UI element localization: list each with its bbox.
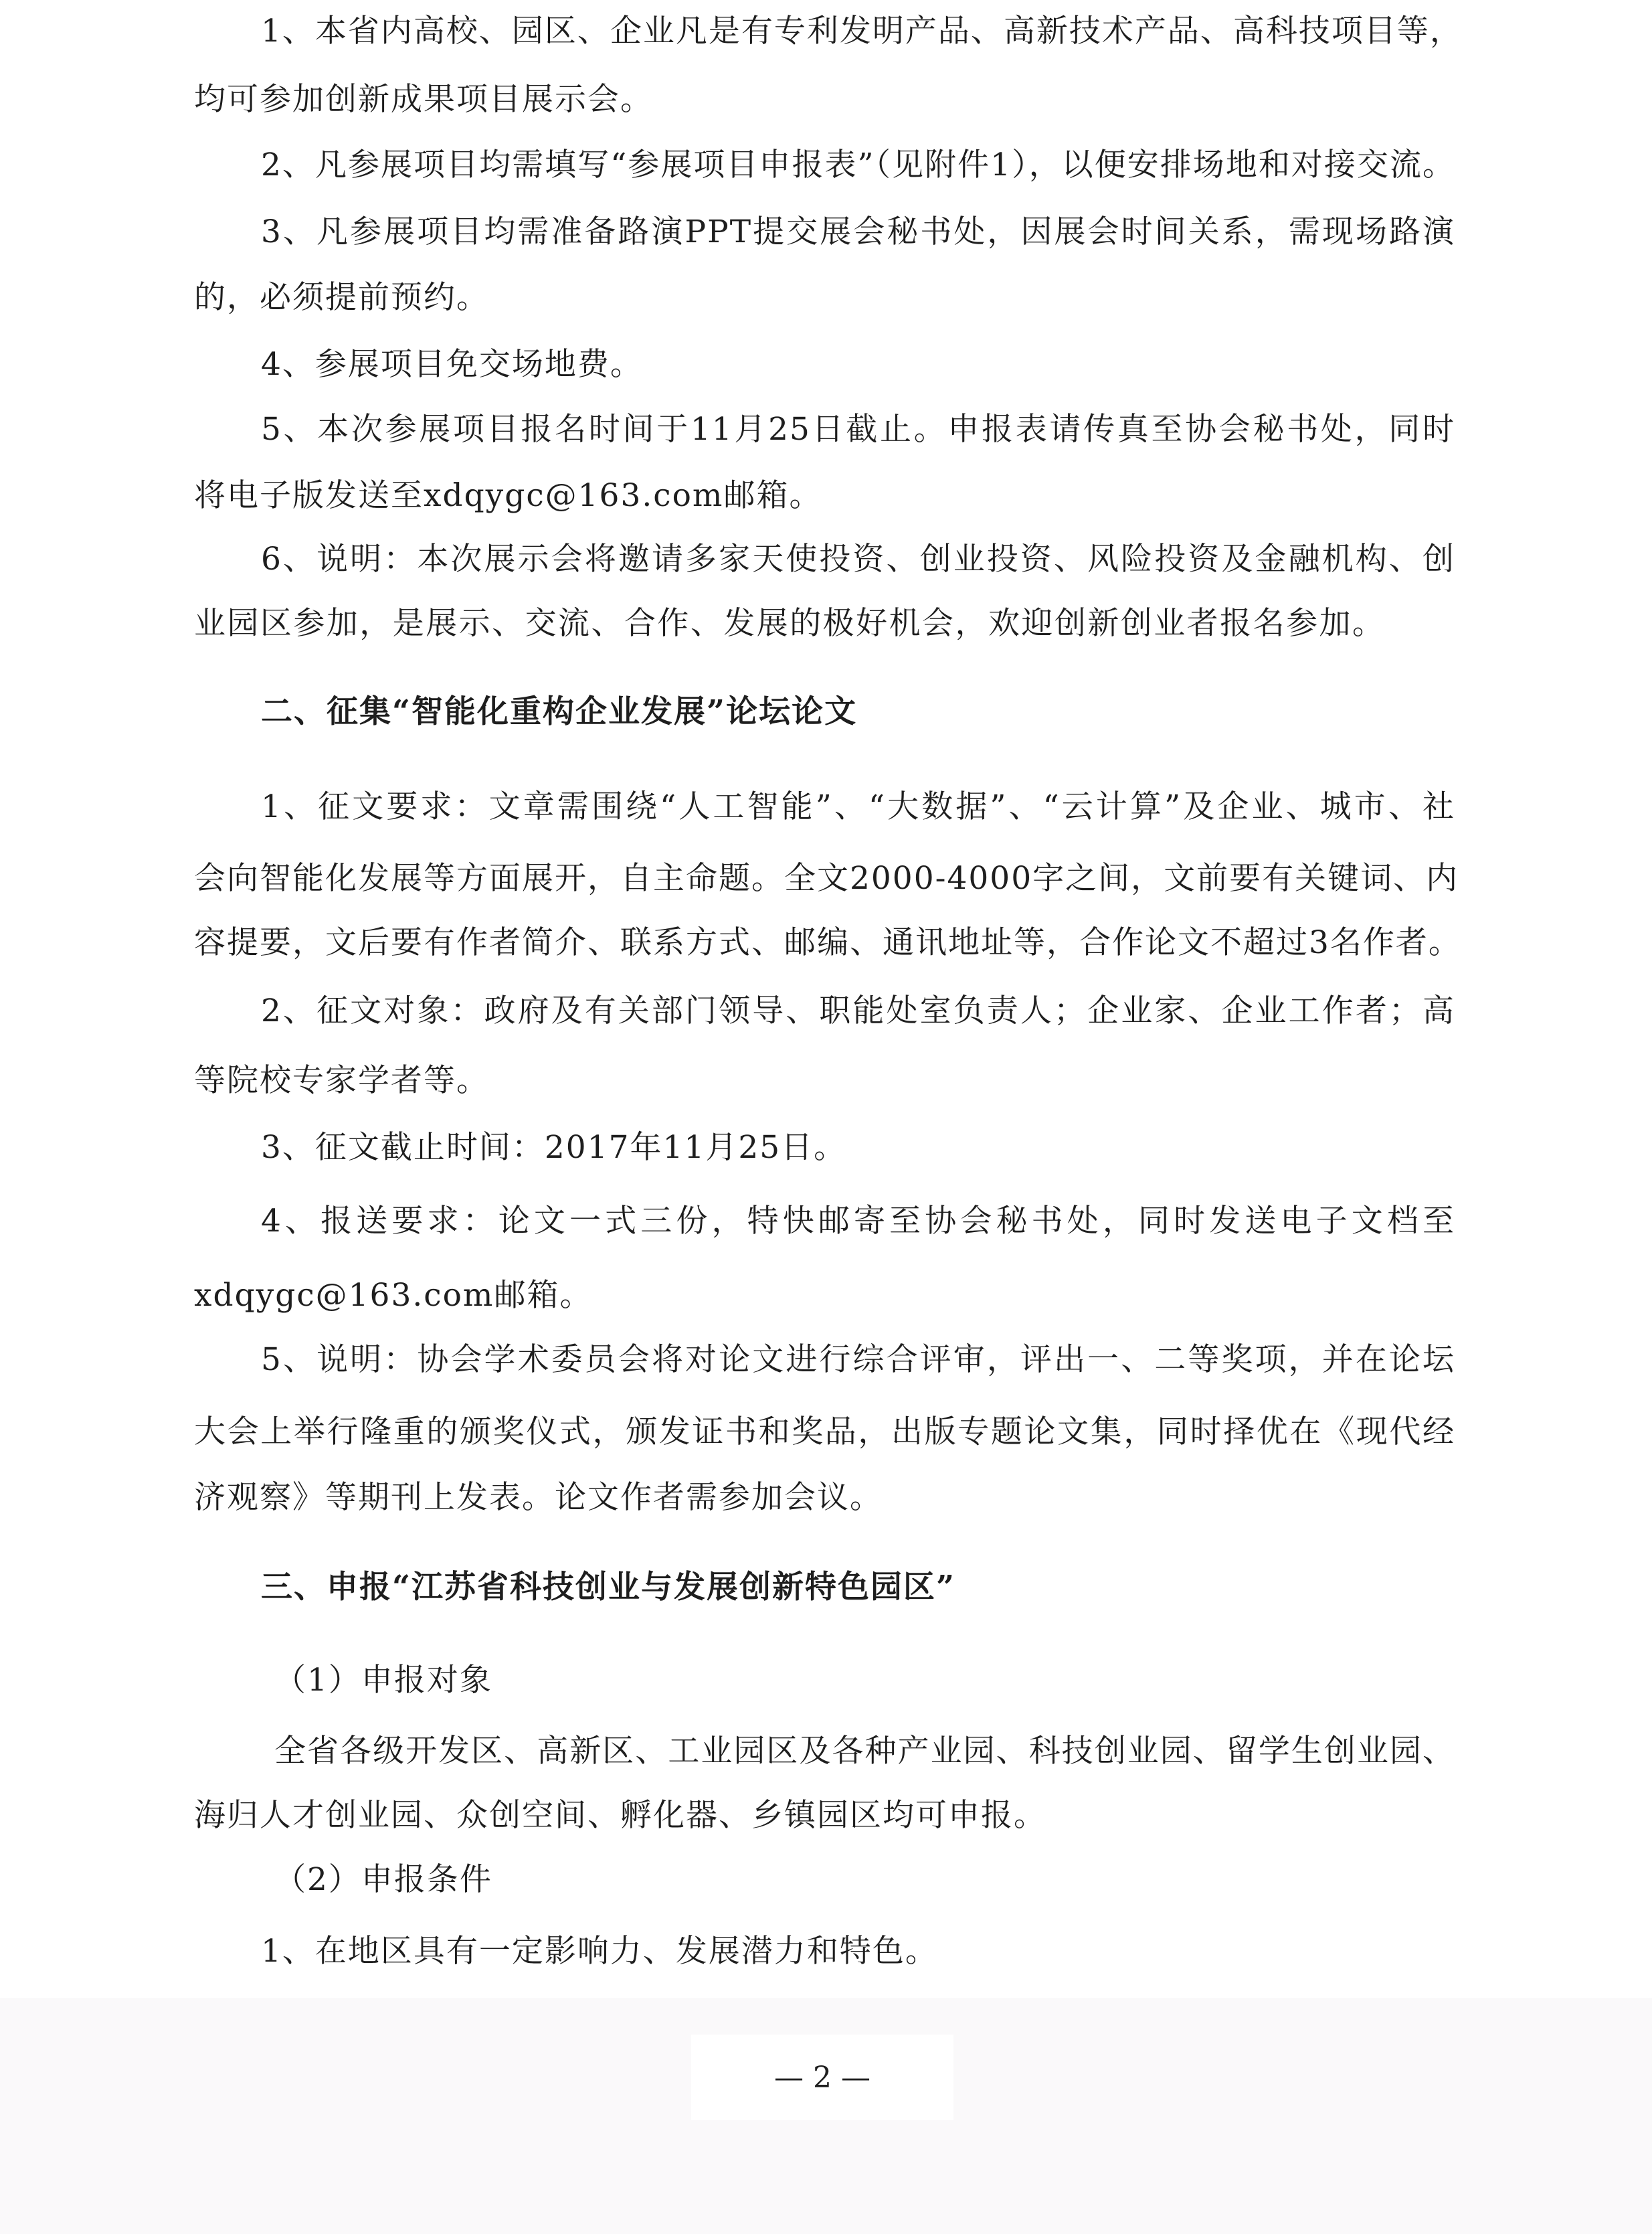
paragraph-line: 容提要，文后要有作者简介、联系方式、邮编、通讯地址等，合作论文不超过3名作者。 — [194, 923, 1455, 963]
page-number: — 2 — — [774, 2061, 870, 2095]
subsection-heading: （2）申报条件 — [274, 1860, 492, 1900]
document-page: 1、本省内高校、园区、企业凡是有专利发明产品、高新技术产品、高科技项目等， 均可… — [0, 0, 1652, 1998]
paragraph-line: 3、征文截止时间：2017年11月25日。 — [261, 1128, 846, 1168]
paragraph-line: xdqygc@163.com邮箱。 — [194, 1276, 592, 1316]
paragraph-line: 等院校专家学者等。 — [194, 1061, 489, 1101]
paragraph-line: 1、在地区具有一定影响力、发展潜力和特色。 — [261, 1931, 938, 1972]
paragraph-line: 将电子版发送至xdqygc@163.com邮箱。 — [194, 476, 822, 516]
paragraph-line: 5、说明：协会学术委员会将对论文进行综合评审，评出一、二等奖项，并在论坛 — [261, 1340, 1455, 1380]
paragraph-line: 业园区参加，是展示、交流、合作、发展的极好机会，欢迎创新创业者报名参加。 — [194, 604, 1385, 644]
paragraph-line: 3、凡参展项目均需准备路演PPT提交展会秘书处，因展会时间关系，需现场路演 — [261, 212, 1455, 252]
paragraph-line: 1、征文要求：文章需围绕“人工智能”、“大数据”、“云计算”及企业、城市、社 — [261, 787, 1455, 827]
subsection-heading: （1）申报对象 — [274, 1660, 492, 1701]
section-heading: 二、征集“智能化重构企业发展”论坛论文 — [261, 692, 857, 732]
paragraph-line: 全省各级开发区、高新区、工业园区及各种产业园、科技创业园、留学生创业园、 — [274, 1731, 1455, 1772]
paragraph-line: 会向智能化发展等方面展开，自主命题。全文2000-4000字之间，文前要有关键词… — [194, 859, 1455, 899]
paragraph-line: 2、征文对象：政府及有关部门领导、职能处室负责人；企业家、企业工作者；高 — [261, 991, 1455, 1031]
paragraph-line: 2、凡参展项目均需填写“参展项目申报表”（见附件1），以便安排场地和对接交流。 — [261, 145, 1455, 185]
paragraph-line: 均可参加创新成果项目展示会。 — [194, 80, 653, 120]
page-number-box: — 2 — — [691, 2035, 953, 2120]
paragraph-line: 海归人才创业园、众创空间、孵化器、乡镇园区均可申报。 — [194, 1796, 1046, 1836]
paragraph-line: 的，必须提前预约。 — [194, 278, 489, 318]
paragraph-line: 4、报送要求：论文一式三份，特快邮寄至协会秘书处，同时发送电子文档至 — [261, 1201, 1455, 1241]
paragraph-line: 1、本省内高校、园区、企业凡是有专利发明产品、高新技术产品、高科技项目等， — [261, 11, 1455, 52]
paragraph-line: 济观察》等期刊上发表。论文作者需参加会议。 — [194, 1478, 883, 1518]
paragraph-line: 5、本次参展项目报名时间于11月25日截止。申报表请传真至协会秘书处，同时 — [261, 410, 1455, 450]
paragraph-line: 6、说明：本次展示会将邀请多家天使投资、创业投资、风险投资及金融机构、创 — [261, 539, 1455, 580]
paragraph-line: 4、参展项目免交场地费。 — [261, 345, 643, 385]
paragraph-line: 大会上举行隆重的颁奖仪式，颁发证书和奖品，出版专题论文集，同时择优在《现代经 — [194, 1412, 1455, 1452]
section-heading: 三、申报“江苏省科技创业与发展创新特色园区” — [261, 1567, 955, 1608]
